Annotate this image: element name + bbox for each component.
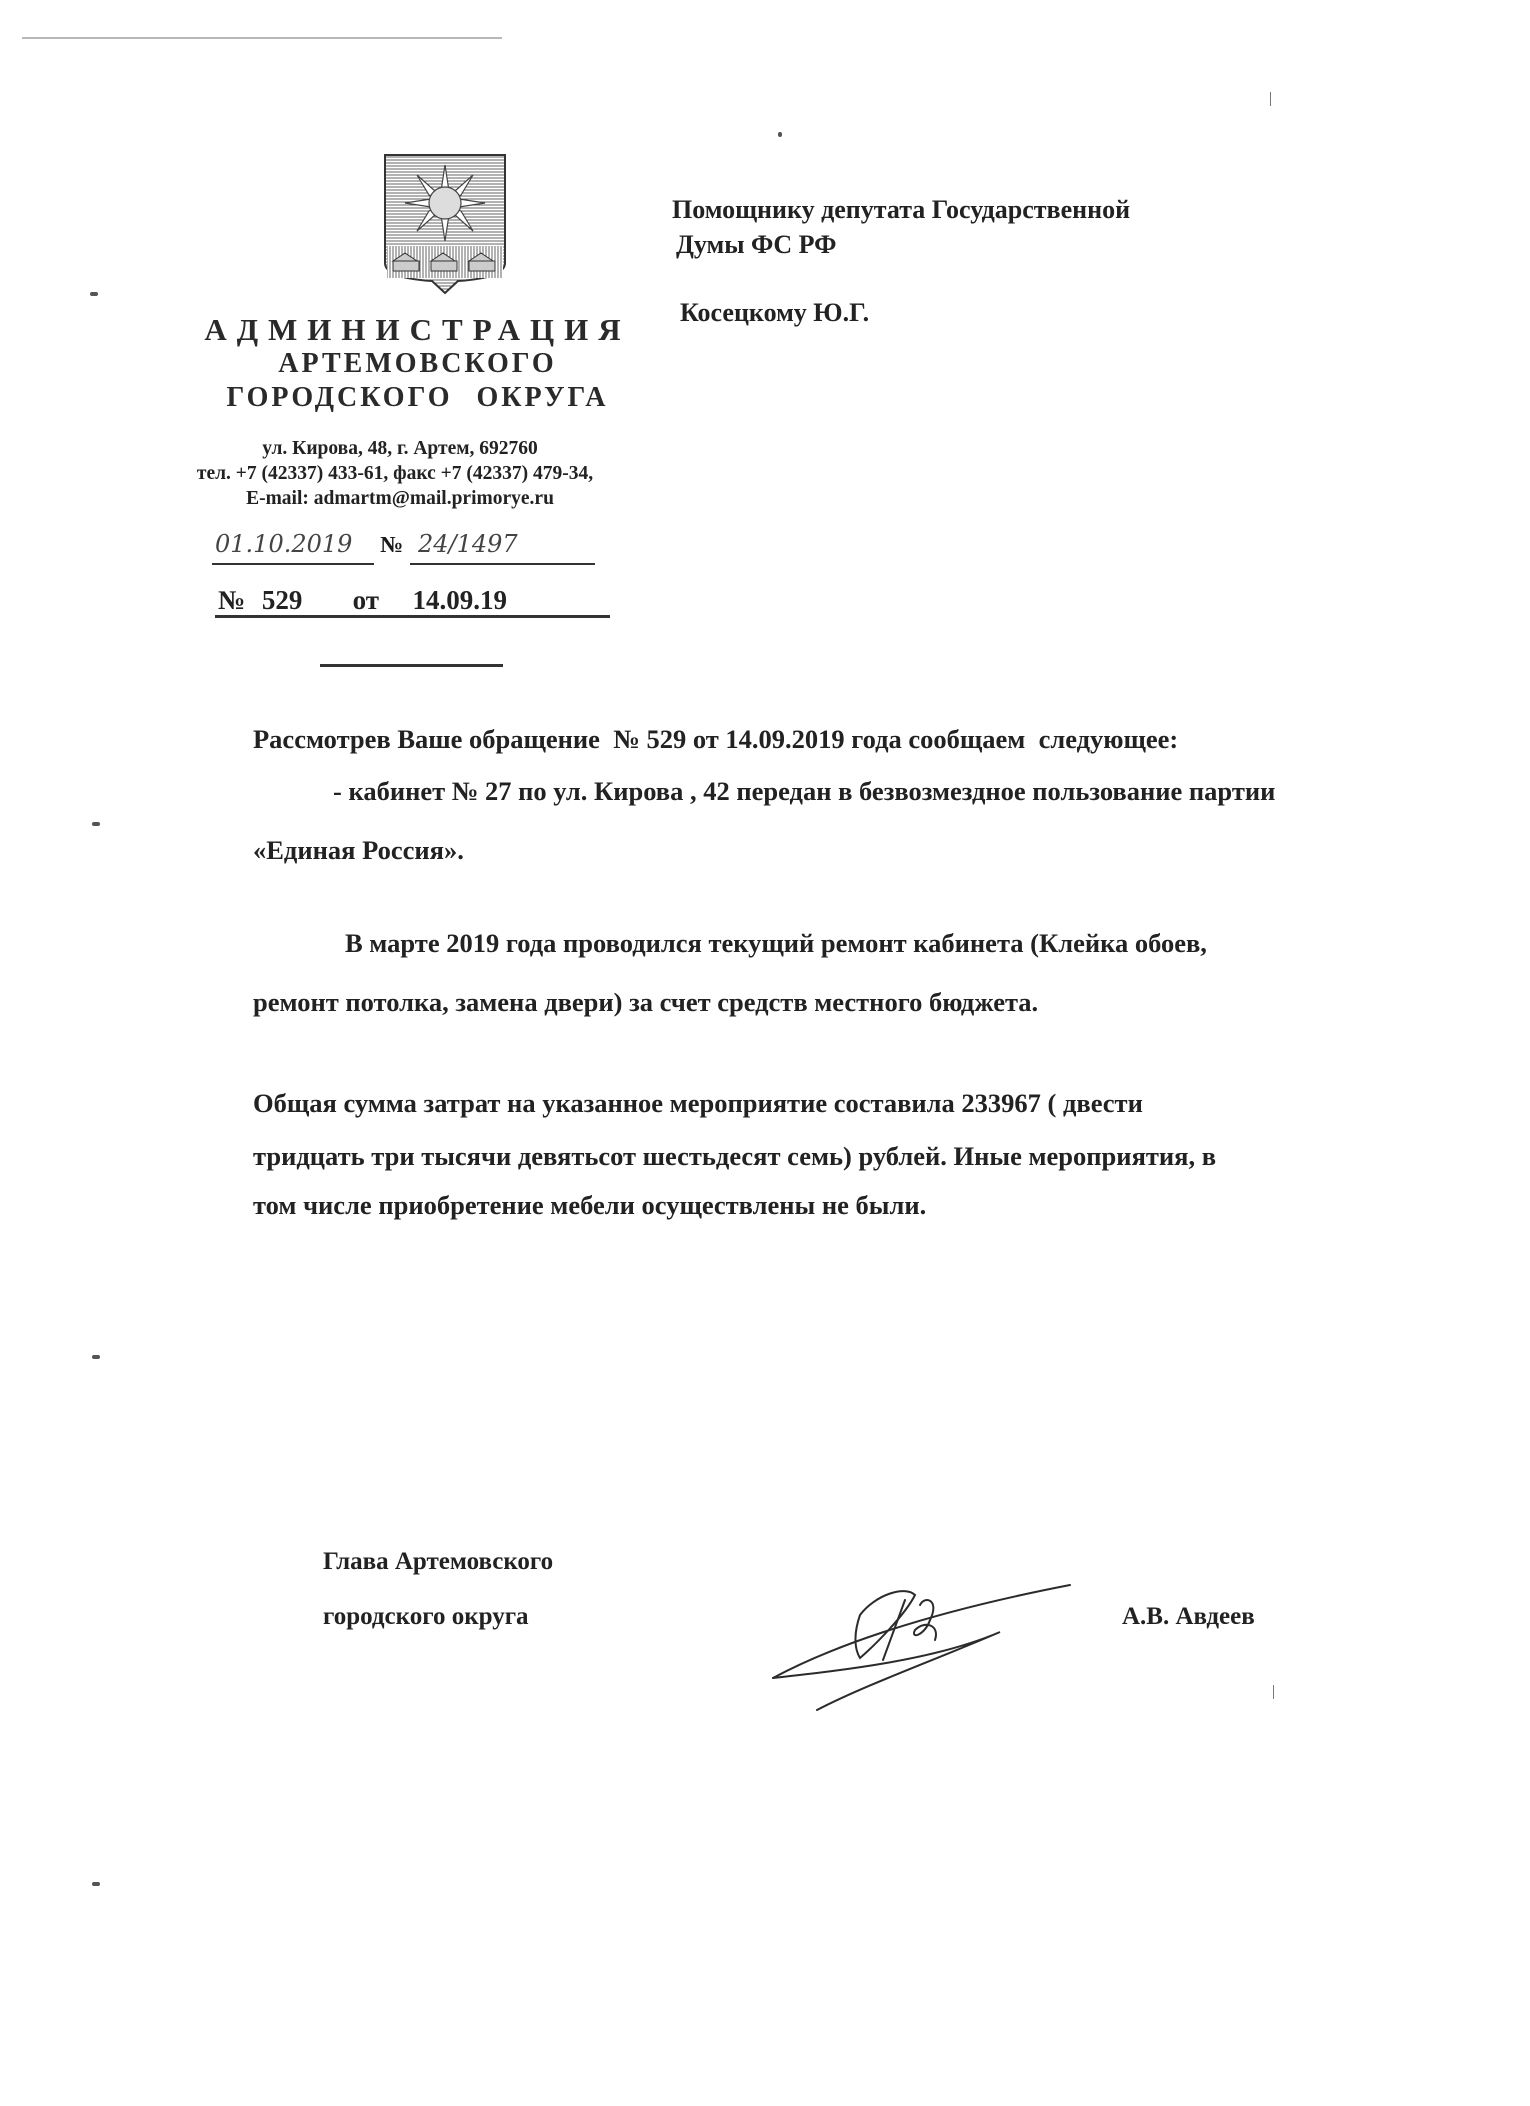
punch-mark [92, 1355, 100, 1359]
outgoing-number-handwritten: 24/1497 [418, 530, 518, 558]
outgoing-date-handwritten: 01.10.2019 [215, 530, 352, 558]
body-p3-line3: том числе приобретение мебели осуществле… [253, 1190, 926, 1221]
phone-fax-line: тел. +7 (42337) 433-61, факс +7 (42337) … [160, 461, 630, 486]
signatory-title-line1: Глава Артемовского [323, 1548, 553, 1576]
divider-line [320, 664, 503, 667]
recipient-name: Косецкому Ю.Г. [680, 298, 869, 328]
reference-number: № 529 от 14.09.19 [218, 585, 507, 616]
reference-underline [215, 615, 610, 618]
body-p3-line1: Общая сумма затрат на указанное мероприя… [253, 1088, 1143, 1119]
recipient-line2: Думы ФС РФ [676, 230, 836, 260]
signatory-title-line2: городского округа [323, 1603, 529, 1631]
body-p1-line1: Рассмотрев Ваше обращение № 529 от 14.09… [253, 724, 1178, 755]
org-name-line3: ГОРОДСКОГО ОКРУГА [180, 382, 655, 414]
org-name-line1: АДМИНИСТРАЦИЯ [180, 312, 655, 348]
org-contact-block: ул. Кирова, 48, г. Артем, 692760 тел. +7… [170, 436, 630, 511]
date-underline [212, 563, 374, 565]
outgoing-number-label: № [380, 532, 403, 558]
body-p1-line2: - кабинет № 27 по ул. Кирова , 42 переда… [333, 776, 1275, 807]
org-name-line2: АРТЕМОВСКОГО [180, 348, 655, 380]
punch-mark [92, 1882, 100, 1886]
body-p3-line2: тридцать три тысячи девятьсот шестьдесят… [253, 1141, 1216, 1172]
scan-artifact-dot [778, 132, 782, 137]
recipient-line1: Помощнику депутата Государственной [672, 195, 1130, 225]
body-p1-line3: «Единая Россия». [253, 835, 464, 866]
address-line: ул. Кирова, 48, г. Артем, 692760 [170, 436, 630, 461]
number-underline [410, 563, 595, 565]
scan-artifact-tick [1273, 1685, 1274, 1699]
coat-of-arms-sun-icon [383, 153, 507, 298]
scan-artifact-tick [1270, 92, 1271, 106]
email-line: E-mail: admartm@mail.primorye.ru [170, 486, 630, 511]
body-p2-line2: ремонт потолка, замена двери) за счет ср… [253, 987, 1038, 1018]
punch-mark [90, 292, 98, 296]
punch-mark [92, 822, 100, 826]
signatory-name: А.В. Авдеев [1122, 1603, 1255, 1631]
body-p2-line1: В марте 2019 года проводился текущий рем… [345, 928, 1207, 959]
handwritten-signature [765, 1560, 1085, 1715]
scan-artifact-line [22, 37, 502, 39]
